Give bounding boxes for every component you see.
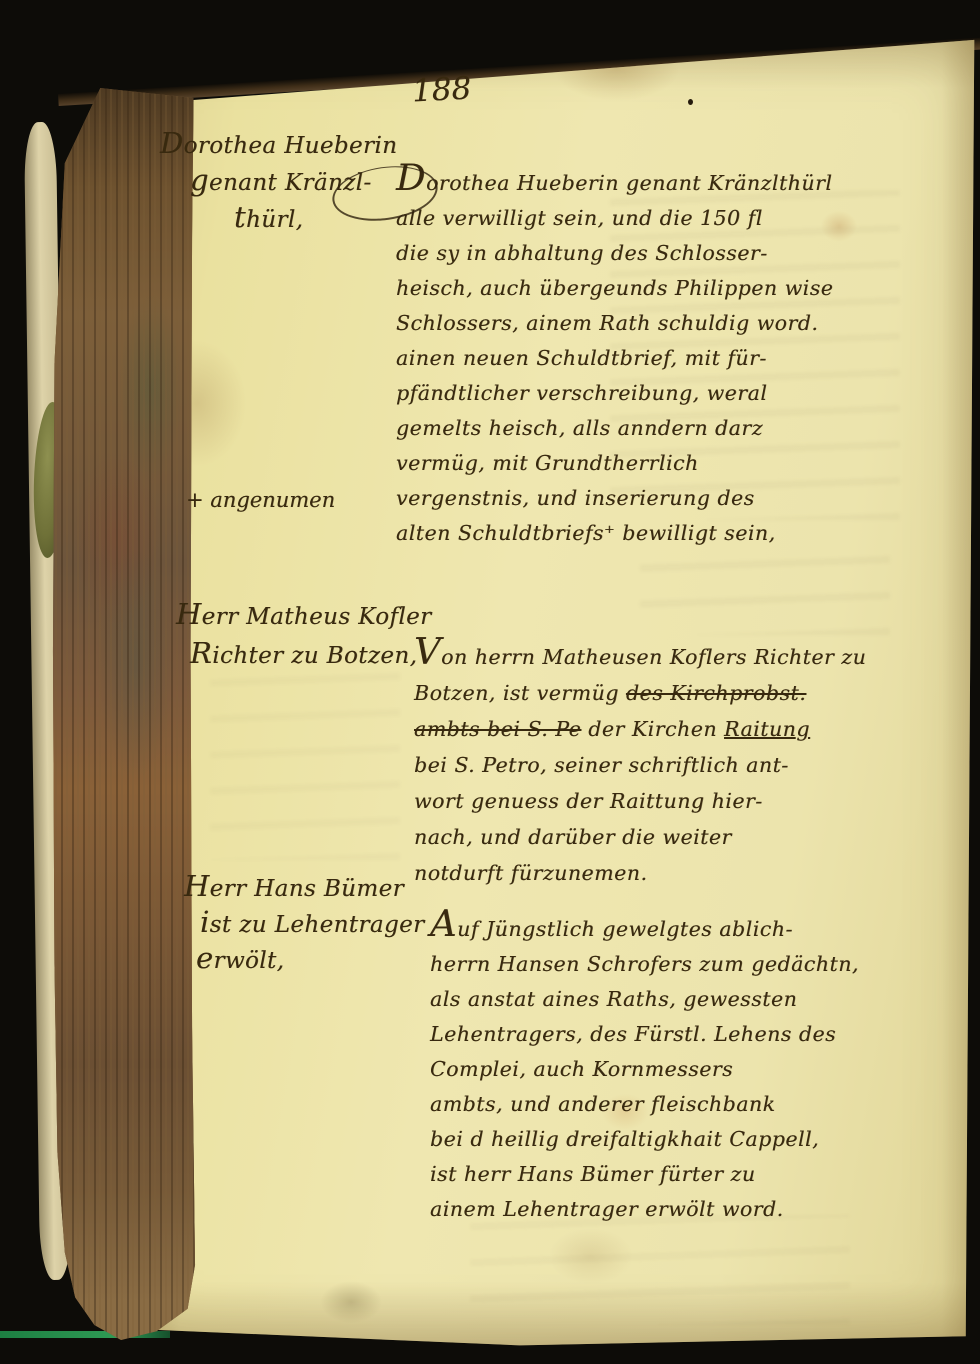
body-line: Complei, auch Kornmessers [430, 1052, 859, 1087]
body-line: ist herr Hans Bümer fürter zu [430, 1157, 859, 1192]
body-line: die sy in abhaltung des Schlosser- [396, 236, 833, 271]
body-line: alten Schuldtbriefs⁺ bewilligt sein, [396, 516, 833, 551]
entry1-body: Dorothea Hueberin genant Kränzlthürl all… [396, 160, 833, 551]
struck-text: ambts bei S. Pe [414, 717, 581, 741]
scan-background: 188 Dorothea Hueberin genant Kränzl- thü… [0, 0, 980, 1364]
body-line: Schlossers, ainem Rath schuldig word. [396, 306, 833, 341]
book-fore-edge [50, 88, 198, 1340]
body-line: als anstat aines Raths, gewessten [430, 982, 859, 1017]
body-line: heisch, auch übergeunds Philippen wise [396, 271, 833, 306]
body-line: notdurft fürzunemen. [414, 855, 866, 891]
entry2-body: Von herrn Matheusen Koflers Richter zu B… [414, 634, 866, 891]
heading-line: Richter zu Botzen, [176, 635, 432, 674]
body-line: Von herrn Matheusen Koflers Richter zu [414, 634, 866, 675]
entry1-margin-note: + angenumen [186, 488, 335, 512]
entry3-margin-heading: Herr Hans Bümer ist zu Lehentrager erwöl… [184, 870, 424, 978]
body-text-segment: der Kirchen [581, 717, 724, 741]
body-line: Lehentragers, des Fürstl. Lehens des [430, 1017, 859, 1052]
heading-line: Herr Matheus Kofler [176, 596, 432, 635]
body-line: vergenstnis, und inserierung des [396, 481, 833, 516]
body-line: Dorothea Hueberin genant Kränzlthürl [396, 160, 833, 201]
body-line: alle verwilligt sein, und die 150 fl [396, 201, 833, 236]
body-line: gemelts heisch, alls anndern darz [396, 411, 833, 446]
heading-line: ist zu Lehentrager [184, 906, 424, 942]
struck-text: des Kirchprobst. [626, 681, 806, 705]
entry2-margin-heading: Herr Matheus Kofler Richter zu Botzen, [176, 596, 432, 674]
body-line: ainen neuen Schuldtbrief, mit für- [396, 341, 833, 376]
body-line: pfändtlicher verschreibung, weral [396, 376, 833, 411]
body-line: Auf Jüngstlich gewelgtes ablich- [430, 906, 859, 947]
ink-spot [688, 99, 693, 105]
body-line: vermüg, mit Grundtherrlich [396, 446, 833, 481]
body-line: nach, und darüber die weiter [414, 819, 866, 855]
body-line: ambts bei S. Pe der Kirchen Raitung [414, 711, 866, 747]
body-line: bei S. Petro, seiner schriftlich ant- [414, 747, 866, 783]
entry3-body: Auf Jüngstlich gewelgtes ablich- herrn H… [430, 906, 859, 1227]
body-line: wort genuess der Raittung hier- [414, 783, 866, 819]
body-line: ambts, und anderer fleischbank [430, 1087, 859, 1122]
heading-line: Dorothea Hueberin [160, 126, 397, 163]
heading-line: erwölt, [184, 942, 424, 978]
body-line: ainem Lehentrager erwölt word. [430, 1192, 859, 1227]
body-line: herrn Hansen Schrofers zum gedächtn, [430, 947, 859, 982]
body-line: Botzen, ist vermüg des Kirchprobst. [414, 675, 866, 711]
body-text-segment: Botzen, ist vermüg [414, 681, 626, 705]
underlined-text: Raitung [724, 717, 810, 741]
heading-line: Herr Hans Bümer [184, 870, 424, 906]
folio-number: 188 [411, 70, 472, 109]
body-line: bei d heillig dreifaltigkhait Cappell, [430, 1122, 859, 1157]
